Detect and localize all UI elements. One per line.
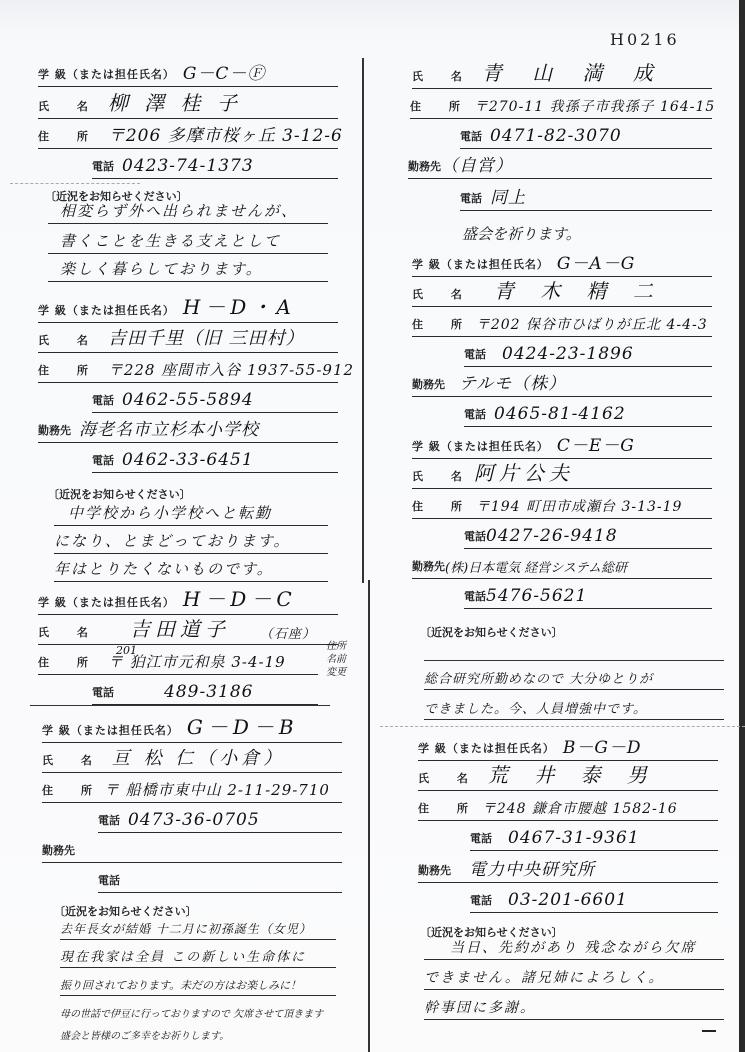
class-label: 学 級（または担任氏名） xyxy=(418,740,555,760)
note-line: 幹事団に多謝。 xyxy=(424,992,724,1020)
phone-value: 0462-55-5894 xyxy=(122,390,254,412)
phone-label: 電話 xyxy=(464,528,486,548)
address-row: 住 所 〒206 多摩市桜ヶ丘 3-12-6 xyxy=(38,118,338,149)
address-value: 〒 狛江市元和泉 3-4-19 xyxy=(108,651,286,674)
class-row: 学 級（または担任氏名） C－E－G xyxy=(412,428,712,459)
address-value: 〒270-11 我孫子市我孫子 164-15 xyxy=(474,96,715,118)
address-row: 住 所 〒270-11 我孫子市我孫子 164-15 xyxy=(410,88,712,119)
side-note-line: 名前 xyxy=(326,653,346,666)
column-divider-upper xyxy=(362,58,364,583)
phone-label: 電話 xyxy=(460,128,482,148)
phone-label: 電話 xyxy=(470,892,492,912)
phone-row: 電話 0424-23-1896 xyxy=(464,336,712,367)
address-label: 住 所 xyxy=(38,654,100,674)
phone-label: 電話 xyxy=(92,452,114,472)
name-row: 氏 名 青 山 満 成 xyxy=(412,58,712,89)
address-label: 住 所 xyxy=(412,316,474,336)
address-row: 住 所 〒202 保谷市ひばりが丘北 4-4-3 xyxy=(412,306,712,337)
class-value: G－D－B xyxy=(187,711,299,742)
phone-row: 電話 0471-82-3070 xyxy=(460,118,712,149)
note-line: 去年長女が結婚 十二月に初孫誕生（女児） xyxy=(60,912,336,940)
phone-row: 電話 489-3186 xyxy=(92,674,318,705)
name-row: 氏 名 青 木 精 二 xyxy=(412,276,712,307)
phone-value: 0471-82-3070 xyxy=(490,126,622,148)
note-line: 楽しく暮らしております。 xyxy=(48,254,328,282)
scan-edge-shadow xyxy=(739,0,745,1052)
name-row: 氏 名 柳 澤 桂 子 xyxy=(38,88,338,119)
name-label: 氏 名 xyxy=(38,98,100,118)
address-row: 住 所 〒248 鎌倉市腰越 1582-16 xyxy=(418,790,718,821)
name-value: 吉田千里（旧 三田村） xyxy=(108,324,305,352)
phone-label: 電話 xyxy=(92,392,114,412)
work-phone-row: 電話 0465-81-4162 xyxy=(464,396,712,427)
note-line: 振り回されております。未だの方はお楽しみに！ xyxy=(60,968,336,996)
address-value: 〒194 町田市成瀬台 3-13-19 xyxy=(476,496,683,518)
class-value: B－G－D xyxy=(563,733,642,760)
phone-label: 電話 xyxy=(464,346,486,366)
class-row: 学 級（または担任氏名） G－C－Ⓕ xyxy=(38,56,338,87)
name-row: 氏 名 阿片公夫 xyxy=(412,458,712,489)
name-row: 氏 名 吉田道子 （石座） xyxy=(38,614,338,645)
phone-label: 電話 xyxy=(92,684,114,704)
workplace-row: 勤務先 テルモ（株） xyxy=(412,366,712,397)
phone-row: 電話 0467-31-9361 xyxy=(470,820,718,851)
note-line: 当日、先約があり 残念ながら欠席 xyxy=(424,932,724,960)
name-label: 氏 名 xyxy=(418,770,480,790)
note-line: 年はとりたくないものです。 xyxy=(54,554,328,582)
class-value: H－D－C xyxy=(183,583,297,614)
work-phone-value: 0462-33-6451 xyxy=(122,450,254,472)
workplace-row: 勤務先 (株)日本電気 経営システム総研 xyxy=(412,548,712,579)
address-label: 住 所 xyxy=(412,498,474,518)
class-row: 学 級（または担任氏名） G－D－B xyxy=(42,712,342,743)
workplace-label: 勤務先 xyxy=(42,842,75,862)
name-row: 氏 名 吉田千里（旧 三田村） xyxy=(38,322,338,353)
column-divider-lower xyxy=(368,580,370,1052)
phone-label: 電話 xyxy=(460,190,482,210)
workplace-value: テルモ（株） xyxy=(459,369,566,396)
class-label: 学 級（または担任氏名） xyxy=(412,256,549,276)
address-label: 住 所 xyxy=(410,98,472,118)
phone-row: 電話 0473-36-0705 xyxy=(98,802,342,833)
name-label: 氏 名 xyxy=(412,286,474,306)
address-value: 〒228 座間市入谷 1937-55-912 xyxy=(108,359,354,382)
class-label: 学 級（または担任氏名） xyxy=(38,66,175,86)
note-line: 中学校から小学校へと転勤 xyxy=(54,498,328,526)
note-line: になり、とまどっております。 xyxy=(54,526,328,554)
separator xyxy=(10,183,140,184)
name-label: 氏 名 xyxy=(38,332,100,352)
name-row: 氏 名 亘 松 仁（小倉） xyxy=(42,742,342,773)
work-phone-value: 0465-81-4162 xyxy=(494,404,626,426)
maiden-name: （石座） xyxy=(260,623,316,644)
workplace-value: (株)日本電気 経営システム総研 xyxy=(445,557,627,578)
phone-row: 電話 0427-26-9418 xyxy=(464,518,712,549)
note-line: 現在我家は全員 この新しい生命体に xyxy=(60,940,336,968)
workplace-row: 勤務先 海老名市立杉本小学校 xyxy=(38,412,338,443)
class-label: 学 級（または担任氏名） xyxy=(38,302,175,322)
class-value: G－A－G xyxy=(557,249,635,276)
address-label: 住 所 xyxy=(38,128,100,148)
class-row: 学 級（または担任氏名） G－A－G xyxy=(412,246,712,277)
phone-value: 0424-23-1896 xyxy=(502,344,634,366)
name-value: 青 木 精 二 xyxy=(494,275,663,306)
phone-value: 0473-36-0705 xyxy=(128,810,260,832)
work-phone-value: 5476-5621 xyxy=(486,586,587,608)
workplace-label: 勤務先 xyxy=(408,158,441,178)
class-value: C－E－G xyxy=(557,431,635,458)
class-value: G－C－Ⓕ xyxy=(183,59,266,86)
workplace-value: （自営） xyxy=(441,151,513,178)
name-value: 柳 澤 桂 子 xyxy=(108,87,242,118)
phone-row: 電話 0423-74-1373 xyxy=(92,148,338,179)
name-label: 氏 名 xyxy=(42,752,104,772)
work-phone-row: 電話 xyxy=(98,862,342,893)
class-row: 学 級（または担任氏名） H－D－C xyxy=(38,584,338,615)
phone-label: 電話 xyxy=(464,588,486,608)
phone-label: 電話 xyxy=(470,830,492,850)
class-label: 学 級（または担任氏名） xyxy=(38,594,175,614)
name-value: 荒 井 泰 男 xyxy=(488,759,657,790)
name-row: 氏 名 荒 井 泰 男 xyxy=(418,760,718,791)
phone-value: 489-3186 xyxy=(164,682,253,704)
phone-value: 0427-26-9418 xyxy=(486,526,618,548)
work-phone-row: 電話 5476-5621 xyxy=(464,578,712,609)
address-value: 〒206 多摩市桜ヶ丘 3-12-6 xyxy=(108,121,343,148)
separator xyxy=(30,705,330,706)
class-row: 学 級（または担任氏名） H－D・A xyxy=(38,292,338,323)
class-label: 学 級（または担任氏名） xyxy=(42,722,179,742)
phone-label: 電話 xyxy=(98,812,120,832)
address-label: 住 所 xyxy=(418,800,480,820)
workplace-label: 勤務先 xyxy=(418,862,451,882)
note-rule xyxy=(424,660,724,661)
side-note-line: 住所 xyxy=(326,640,346,653)
name-label: 氏 名 xyxy=(38,624,100,644)
phone-value: 0467-31-9361 xyxy=(508,828,640,850)
name-value: 吉田道子 xyxy=(130,613,230,644)
note-line: 盛会と皆様のご多幸をお祈りします。 xyxy=(60,1016,350,1044)
address-label: 住 所 xyxy=(42,782,104,802)
name-label: 氏 名 xyxy=(412,68,474,88)
work-phone-row: 電話 同上 xyxy=(460,180,712,211)
workplace-row: 勤務先 電力中央研究所 xyxy=(418,852,718,883)
separator xyxy=(380,726,745,727)
address-row: 住 所 〒194 町田市成瀬台 3-13-19 xyxy=(412,488,712,519)
address-value: 〒 船橋市東中山 2-11-29-710 xyxy=(104,779,330,802)
note-line: できました。今、人員増強中です。 xyxy=(424,692,724,720)
phone-row: 電話 0462-55-5894 xyxy=(92,382,338,413)
phone-label: 電話 xyxy=(464,406,486,426)
name-value: 阿片公夫 xyxy=(474,457,574,488)
side-note-line: 変更 xyxy=(326,666,346,679)
note-line: 総合研究所勤めなので 大分ゆとりが xyxy=(424,662,724,690)
workplace-label: 勤務先 xyxy=(412,558,445,578)
scanned-page: H0216 学 級（または担任氏名） G－C－Ⓕ 氏 名 柳 澤 桂 子 住 所… xyxy=(0,0,745,1052)
name-value: 亘 松 仁（小倉） xyxy=(112,744,285,772)
workplace-row: 勤務先 xyxy=(42,832,342,863)
workplace-label: 勤務先 xyxy=(412,376,445,396)
class-row: 学 級（または担任氏名） B－G－D xyxy=(418,730,718,761)
address-value: 〒202 保谷市ひばりが丘北 4-4-3 xyxy=(476,314,708,336)
document-id: H0216 xyxy=(610,30,680,49)
address-value: 〒248 鎌倉市腰越 1582-16 xyxy=(482,798,678,820)
side-note: 住所 名前 変更 xyxy=(326,640,346,679)
note-line: 書くことを生きる支えとして xyxy=(48,226,328,254)
address-row: 住 所 〒 船橋市東中山 2-11-29-710 xyxy=(42,772,342,803)
work-phone-value: 同上 xyxy=(490,183,526,210)
work-phone-row: 電話 03-201-6601 xyxy=(470,882,718,913)
notes-label: 〔近況をお知らせください〕 xyxy=(420,624,563,640)
phone-value: 0423-74-1373 xyxy=(122,156,254,178)
closing-message: 盛会を祈ります。 xyxy=(462,218,682,246)
class-value: H－D・A xyxy=(183,291,296,322)
address-label: 住 所 xyxy=(38,362,100,382)
workplace-row: 勤務先 （自営） xyxy=(408,148,712,179)
note-line: 相変らず外へ出られませんが、 xyxy=(48,196,328,224)
address-row: 住 所 〒228 座間市入谷 1937-55-912 xyxy=(38,352,338,383)
class-label: 学 級（または担任氏名） xyxy=(412,438,549,458)
name-value: 青 山 満 成 xyxy=(482,57,665,88)
work-phone-row: 電話 0462-33-6451 xyxy=(92,442,338,473)
phone-label: 電話 xyxy=(98,872,120,892)
note-line: できません。諸兄姉によろしく。 xyxy=(424,962,724,990)
phone-label: 電話 xyxy=(92,158,114,178)
workplace-value: 海老名市立杉本小学校 xyxy=(79,415,259,442)
page-mark xyxy=(702,1030,716,1032)
workplace-value: 電力中央研究所 xyxy=(469,855,595,882)
address-row: 住 所 〒 狛江市元和泉 3-4-19 xyxy=(38,644,318,675)
workplace-label: 勤務先 xyxy=(38,422,71,442)
name-label: 氏 名 xyxy=(412,468,474,488)
work-phone-value: 03-201-6601 xyxy=(508,890,628,912)
